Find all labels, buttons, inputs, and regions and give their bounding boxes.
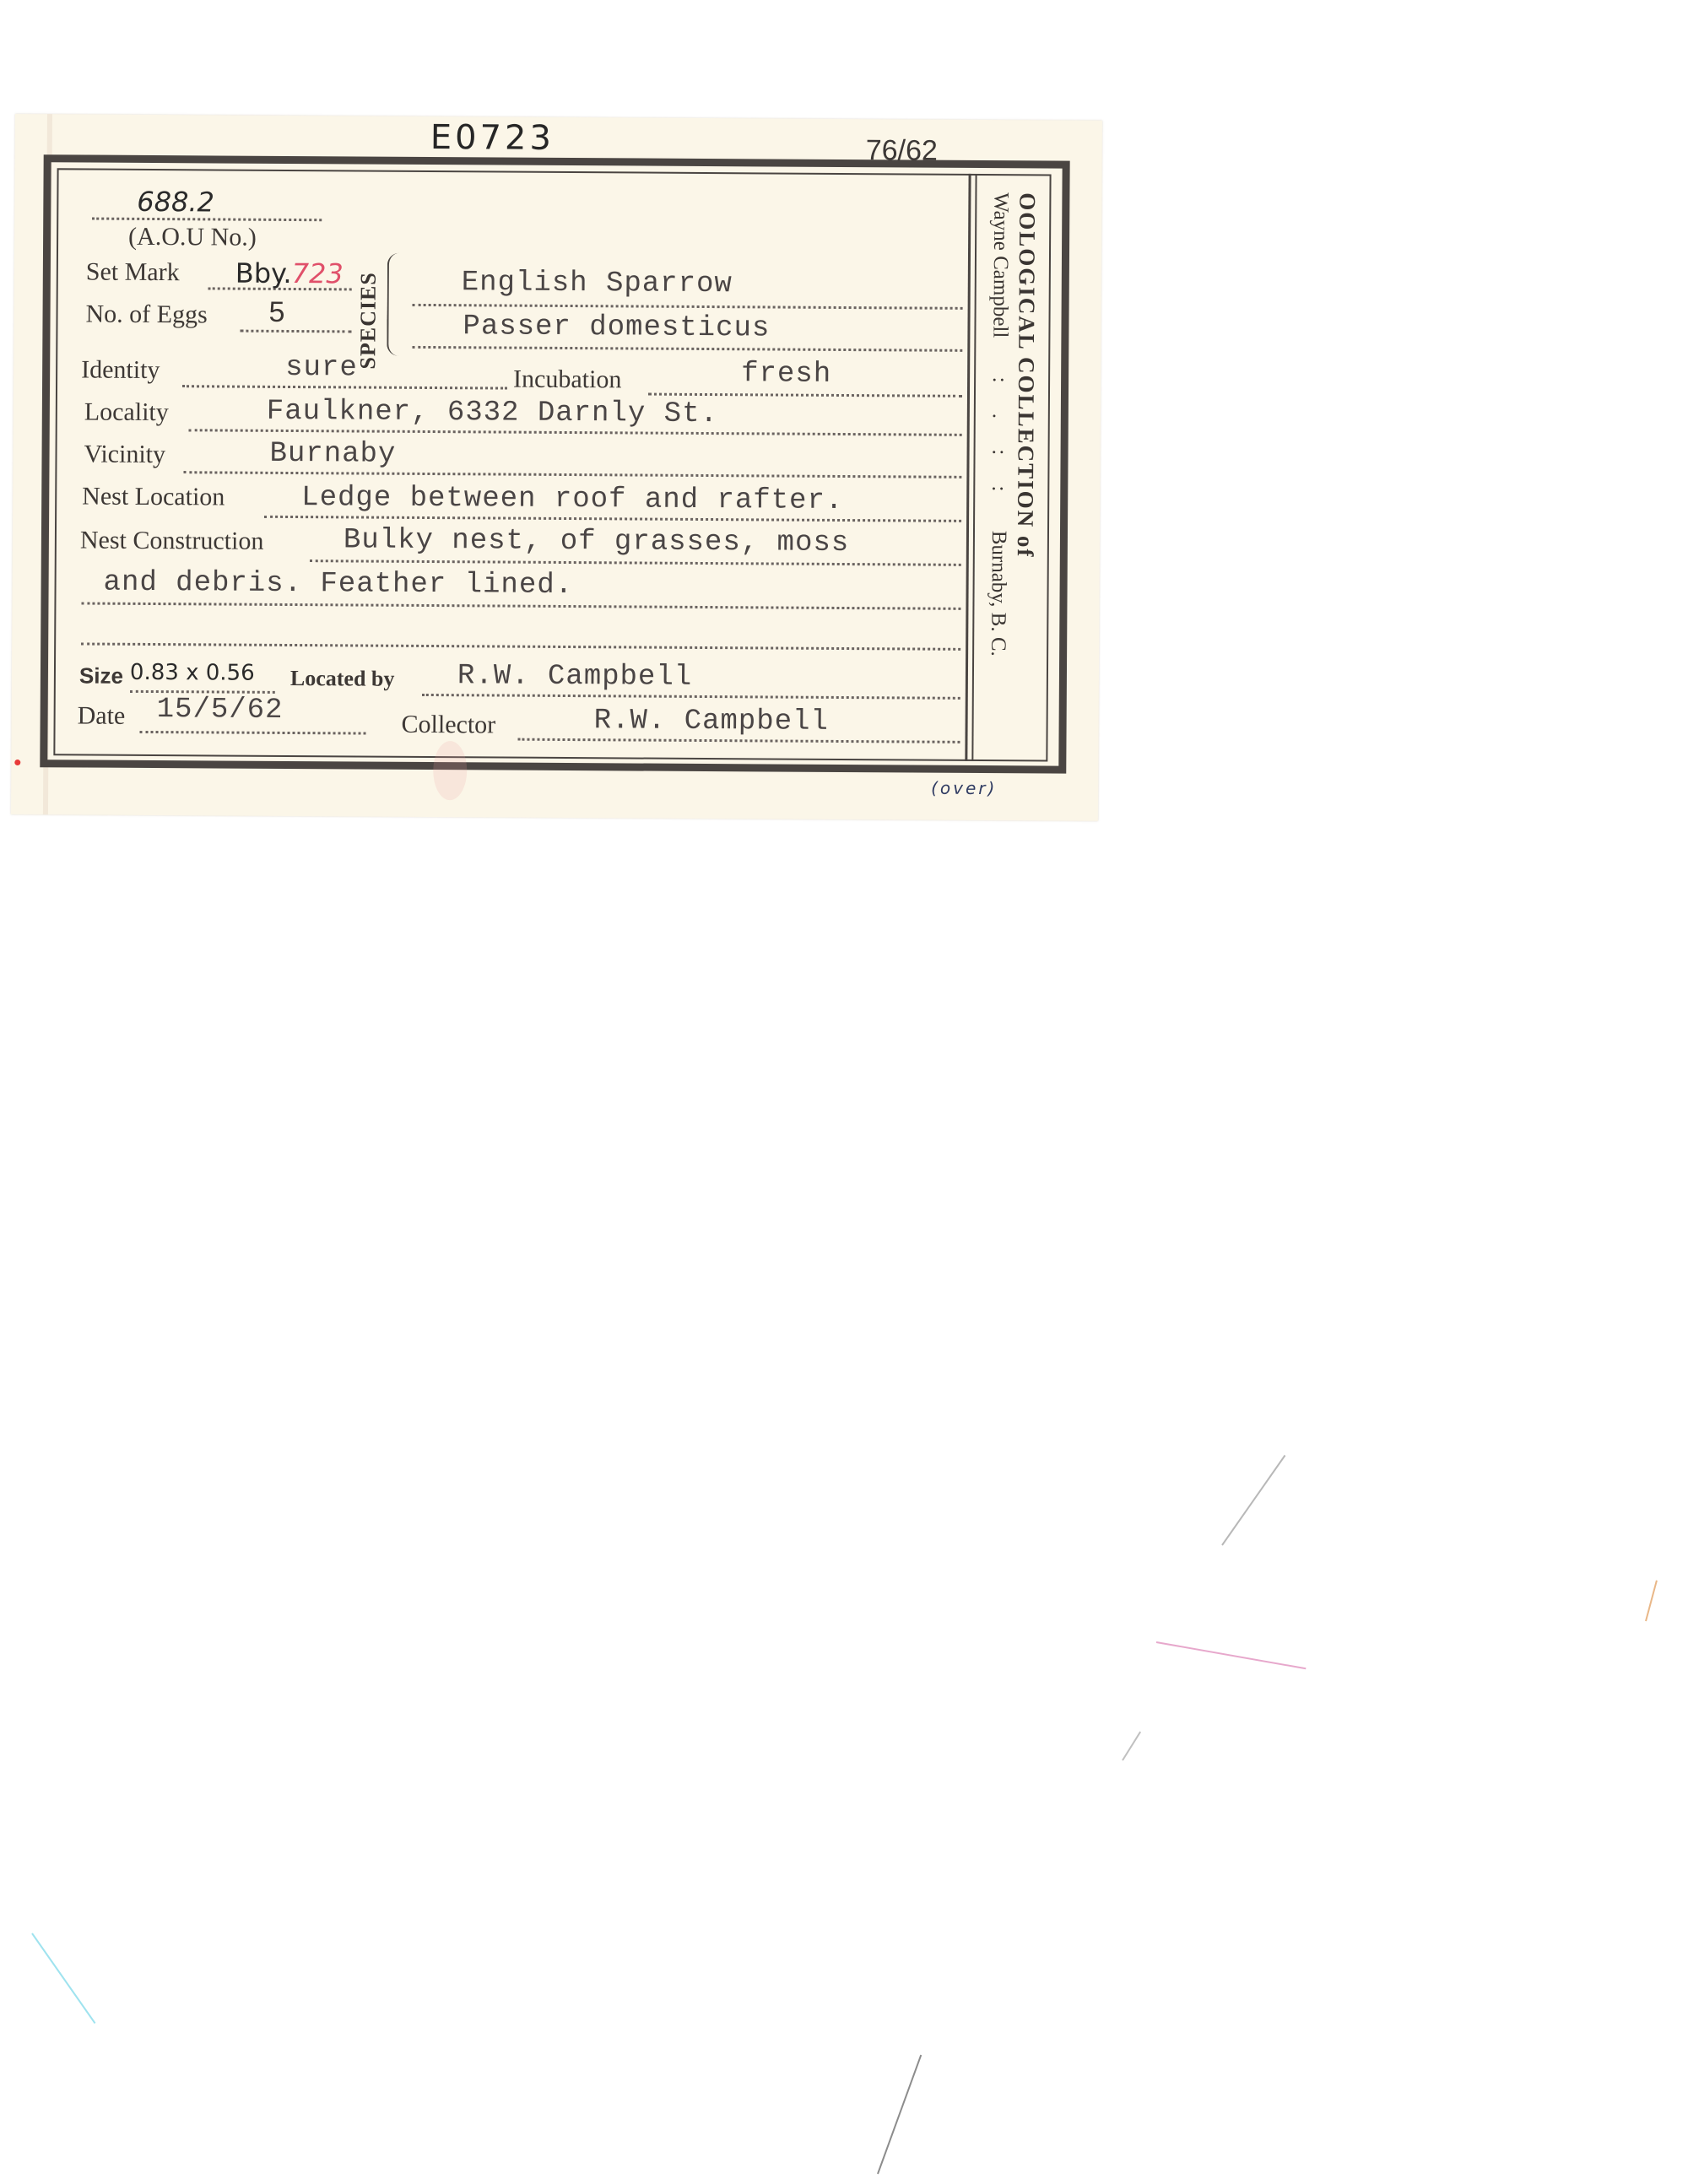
specimen-card: E0723 76/62 688.2 (A.O.U No.) Set Mark B… <box>11 114 1102 821</box>
collector-label: Collector <box>401 711 495 740</box>
collection-subtitle: Wayne Campbell : . : : Burnaby, B. C. <box>986 192 1012 657</box>
scan-scratch <box>877 2055 922 2175</box>
file-number: 76/62 <box>866 134 938 168</box>
catalog-number: E0723 <box>430 118 555 158</box>
identity-value: sure <box>285 352 358 385</box>
scan-scratch <box>1156 1641 1307 1669</box>
scan-scratch <box>1122 1732 1141 1761</box>
size-label: Size <box>79 662 123 689</box>
nest-construction-value-1: Bulky nest, of grasses, moss <box>344 524 850 560</box>
separator: : <box>987 449 1011 455</box>
scan-scratch <box>1221 1455 1285 1546</box>
species-scientific-value: Passer domesticus <box>463 311 770 344</box>
separator: : <box>987 485 1010 491</box>
vicinity-label: Vicinity <box>84 441 165 470</box>
identity-label: Identity <box>81 355 160 385</box>
eggs-label: No. of Eggs <box>85 300 207 330</box>
aou-number-label: (A.O.U No.) <box>128 223 257 252</box>
scan-scratch <box>1645 1580 1658 1621</box>
set-mark-value: Bby.723 <box>235 257 344 290</box>
set-mark-label: Set Mark <box>86 258 180 288</box>
nest-location-value: Ledge between roof and rafter. <box>301 482 843 517</box>
separator: : <box>987 377 1011 383</box>
incubation-label: Incubation <box>513 365 622 395</box>
species-common-value: English Sparrow <box>462 267 733 300</box>
nest-construction-value-2: and debris. Feather lined. <box>103 567 573 602</box>
locality-label: Locality <box>84 398 169 428</box>
eggs-value: 5 <box>268 296 284 329</box>
scan-scratch <box>31 1933 95 2024</box>
collector-value: R.W. Campbell <box>594 705 829 738</box>
red-ink-mark <box>14 760 20 765</box>
size-value: 0.83 x 0.56 <box>130 660 255 686</box>
locality-value: Faulkner, 6332 Darnly St. <box>267 396 718 430</box>
date-label: Date <box>78 701 126 730</box>
set-mark-number: 723 <box>292 257 344 289</box>
collection-side-text: OOLOGICAL COLLECTION of Wayne Campbell :… <box>986 192 1040 657</box>
separator: . <box>987 414 1011 419</box>
located-by-value: R.W. Campbell <box>457 660 692 694</box>
vicinity-value: Burnaby <box>269 438 396 471</box>
located-by-label: Located by <box>290 666 395 692</box>
species-label: SPECIES <box>355 272 381 370</box>
species-brace <box>387 253 401 356</box>
incubation-value: fresh <box>741 358 831 391</box>
nest-location-label: Nest Location <box>82 482 225 511</box>
nest-construction-label: Nest Construction <box>80 526 264 555</box>
over-note: (over) <box>931 778 997 798</box>
collector-name: Wayne Campbell <box>987 192 1012 338</box>
date-value: 15/5/62 <box>157 694 284 727</box>
paper-stain <box>433 741 467 800</box>
collection-title: OOLOGICAL COLLECTION of <box>1011 192 1040 657</box>
set-mark-prefix: Bby. <box>235 257 292 289</box>
collection-place: Burnaby, B. C. <box>986 531 1010 657</box>
aou-number-value: 688.2 <box>137 186 214 219</box>
